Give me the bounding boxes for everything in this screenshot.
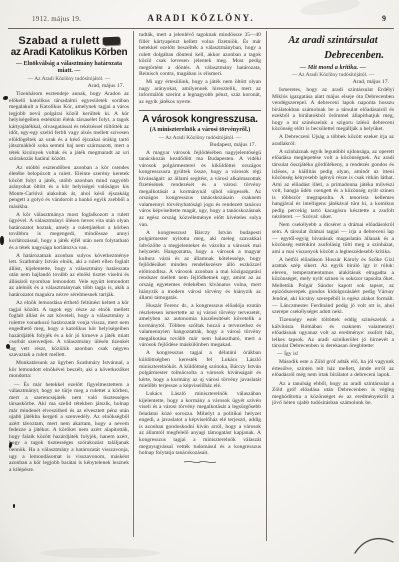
paragraph: Második este a Zöld gróf adták elő, ha j… bbox=[272, 359, 394, 379]
paragraph: A határozatnak azonban sulyos következmé… bbox=[9, 253, 129, 299]
article-roulette: Szabad a rulett az Aradi Katolikus Körbe… bbox=[9, 32, 129, 540]
paragraph: Lukács László miniszterelnök válaszában … bbox=[139, 391, 261, 456]
paragraph: Az a tanulság ebből, hogy az aradi szint… bbox=[272, 381, 394, 407]
page-number: 9 bbox=[382, 14, 386, 23]
article-congress-credit: — Az Aradi Közlöny tudósítójától. — bbox=[139, 135, 261, 141]
paragraph: A magyar városok fejlődésében nagyjelent… bbox=[139, 150, 261, 229]
article-theatre-dateline: Arad, május 17. bbox=[272, 79, 394, 85]
article-roulette-subhead: — Elnökválság a választmány határozata m… bbox=[11, 61, 127, 75]
article-separator-rule bbox=[139, 110, 261, 111]
paragraph: Tizenhárom esztendeje annak, hogy Aradon… bbox=[9, 91, 129, 163]
ink-spot bbox=[6, 344, 10, 349]
paragraph: — És már hetekkel ezelőtt figyelmeztette… bbox=[9, 382, 129, 474]
end-flourish bbox=[183, 459, 217, 465]
article-theatre-headline-2: Debrecenben. bbox=[272, 50, 394, 62]
header-rule bbox=[8, 28, 394, 29]
article-theatre-credit: — Az Aradi Közlöny tudósítójától. — bbox=[272, 72, 394, 78]
paragraph: A kongresszust Bárczy István budapesti p… bbox=[139, 230, 261, 302]
ink-spot bbox=[0, 236, 4, 245]
article-congress-dateline: Budapest, május 17. bbox=[139, 142, 261, 148]
article-roulette-dateline: Arad, május 17. bbox=[9, 83, 129, 89]
article-roulette-credit: — Az Aradi Közlöny tudósítójától. — bbox=[9, 76, 129, 82]
ink-spot bbox=[13, 504, 15, 508]
paragraph: A hétfői előadáson Huszár Károly és Szők… bbox=[272, 257, 394, 316]
paragraph: Mi ugy értesülünk, hogy a játék nem öltö… bbox=[139, 79, 261, 105]
column-divider-right bbox=[266, 31, 267, 541]
ink-spot bbox=[3, 96, 8, 100]
paragraph: A szinháznak egyik legutóbbi ujdonsága, … bbox=[272, 149, 394, 221]
ink-smudge bbox=[102, 37, 119, 46]
paragraph: A Debreczeni Ujság a többek között ezeke… bbox=[272, 134, 394, 147]
article-theatre-headline-1: Az aradi szintársulat bbox=[272, 35, 394, 47]
paragraph: Az utóbbi esztendőben azonban a kör csen… bbox=[9, 165, 129, 211]
column-divider-left bbox=[133, 31, 134, 537]
article-congress-headline: A városok kongresszusa. bbox=[139, 114, 261, 126]
paragraph: Tizennégy estét töltöttek eddig szinésze… bbox=[272, 317, 394, 350]
paragraph: tudták, mert a jelenlévő tagoknak mindös… bbox=[139, 32, 261, 78]
paragraph: — Így is! bbox=[272, 351, 394, 358]
paragraph: Huszár Ferenc dr., a kongresszus előadój… bbox=[139, 303, 261, 349]
column-middle: tudták, mert a jelenlévő tagoknak mindös… bbox=[139, 32, 261, 544]
paragraph: A kör választmánya most foglalkozott a r… bbox=[9, 212, 129, 251]
pen-stroke-mark bbox=[352, 533, 396, 557]
paragraph: Munkatársunk az ügyben Szathmáry Istvánn… bbox=[9, 360, 129, 380]
newspaper-page-scan: 1912. május 19. ARADI KÖZLÖNY. 9 Szabad … bbox=[0, 0, 399, 562]
paper-stain bbox=[40, 548, 160, 558]
paragraph: Nem csekélyebb a dicséret a drámai előad… bbox=[272, 222, 394, 255]
article-congress-subhead: (A miniszterelnök a városi törvényről.) bbox=[139, 127, 261, 134]
page-header: 1912. május 19. ARADI KÖZLÖNY. 9 bbox=[10, 13, 392, 26]
article-theatre-subhead: — Mit mond a kritika. — bbox=[272, 64, 394, 71]
article-theatre: Az aradi szintársulat Debrecenben. — Mit… bbox=[272, 32, 394, 545]
paragraph: Az elnök lemondása érthető feltünést kel… bbox=[9, 300, 129, 359]
masthead: ARADI KÖZLÖNY. bbox=[10, 13, 392, 23]
paragraph: Ismeretes, hogy az aradi szintársulat Er… bbox=[272, 87, 394, 133]
article-roulette-headline-2: az Aradi Katolikus Körben bbox=[9, 47, 129, 59]
article-roulette-headline-1: Szabad a rulett bbox=[9, 35, 129, 47]
paragraph: A kongresszus tagjai a délutáni órákban … bbox=[139, 350, 261, 389]
